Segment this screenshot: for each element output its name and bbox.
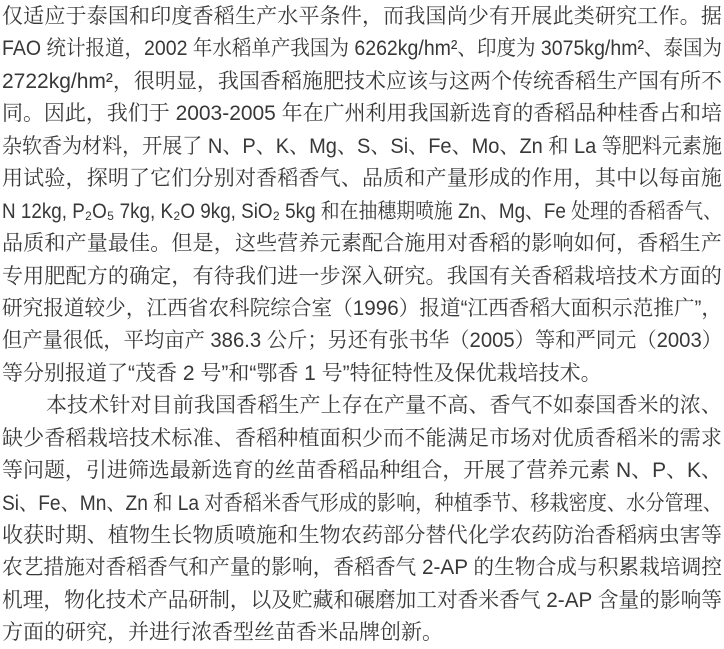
text-line-content: 收获时期、植物生长物质喷施和生物农药部分替代化学农药防治香稻病虫害等: [2, 520, 722, 552]
text-line-content: Si、Fe、Mn、Zn 和 La 对香稻米香气形成的影响，种植季节、移栽密度、水…: [2, 488, 722, 520]
text-line: 缺少香稻栽培技术标准、香稻种植面积少而不能满足市场对优质香稻米的需求: [2, 423, 722, 455]
text-line-content: N 12kg, P₂O₅ 7kg, K₂O 9kg, SiO₂ 5kg 和在抽穗…: [2, 196, 722, 228]
text-line-content: 方面的研究，并进行浓香型丝苗香米品牌创新。: [2, 617, 443, 649]
text-line: 等分别报道了“茂香 2 号”和“鄂香 1 号”特征特性及保优栽培技术。: [2, 358, 722, 390]
text-line: 杂软香为材料，开展了 N、P、K、Mg、S、Si、Fe、Mo、Zn 和 La 等…: [2, 131, 722, 163]
text-line: 农艺措施对香稻香气和产量的影响，香稻香气 2-AP 的生物合成与积累栽培调控: [2, 552, 722, 584]
text-line-content: 2722kg/hm²，很明显，我国香稻施肥技术应该与这两个传统香稻生产国有所不: [2, 66, 722, 98]
text-line-content: 研究报道较少，江西省农科院综合室（1996）报道“江西香稻大面积示范推广”，: [2, 293, 722, 325]
paragraph: 仅适应于泰国和印度香稻生产水平条件，而我国尚少有开展此类研究工作。据FAO 统计…: [2, 1, 722, 390]
text-line: 方面的研究，并进行浓香型丝苗香米品牌创新。: [2, 617, 722, 649]
text-line-content: 用试验，探明了它们分别对香稻香气、品质和产量形成的作用，其中以每亩施: [2, 163, 722, 195]
text-line-content: 缺少香稻栽培技术标准、香稻种植面积少而不能满足市场对优质香稻米的需求: [2, 423, 722, 455]
text-line-content: 但产量很低，平均亩产 386.3 公斤；另还有张书华（2005）等和严同元（20…: [2, 325, 722, 357]
text-line-content: 本技术针对目前我国香稻生产上存在产量不高、香气不如泰国香米的浓、: [46, 390, 722, 422]
text-line: 收获时期、植物生长物质喷施和生物农药部分替代化学农药防治香稻病虫害等: [2, 520, 722, 552]
text-line: 本技术针对目前我国香稻生产上存在产量不高、香气不如泰国香米的浓、: [2, 390, 722, 422]
text-line: FAO 统计报道，2002 年水稻单产我国为 6262kg/hm²、印度为 30…: [2, 33, 722, 65]
text-line: N 12kg, P₂O₅ 7kg, K₂O 9kg, SiO₂ 5kg 和在抽穗…: [2, 196, 722, 228]
text-line: 2722kg/hm²，很明显，我国香稻施肥技术应该与这两个传统香稻生产国有所不: [2, 66, 722, 98]
text-line-content: 品质和产量最佳。但是，这些营养元素配合施用对香稻的影响如何，香稻生产: [2, 228, 722, 260]
text-line: 研究报道较少，江西省农科院综合室（1996）报道“江西香稻大面积示范推广”，: [2, 293, 722, 325]
document-body: 仅适应于泰国和印度香稻生产水平条件，而我国尚少有开展此类研究工作。据FAO 统计…: [2, 1, 722, 649]
text-line-content: 同。因此，我们于 2003-2005 年在广州利用我国新选育的香稻品种桂香占和培: [2, 98, 722, 130]
text-line: 专用肥配方的确定，有待我们进一步深入研究。我国有关香稻栽培技术方面的: [2, 261, 722, 293]
text-line-content: 等问题，引进筛选最新选育的丝苗香稻品种组合，开展了营养元素 N、P、K、: [2, 455, 722, 487]
text-line: 品质和产量最佳。但是，这些营养元素配合施用对香稻的影响如何，香稻生产: [2, 228, 722, 260]
paragraph: 本技术针对目前我国香稻生产上存在产量不高、香气不如泰国香米的浓、缺少香稻栽培技术…: [2, 390, 722, 649]
text-line: Si、Fe、Mn、Zn 和 La 对香稻米香气形成的影响，种植季节、移栽密度、水…: [2, 488, 722, 520]
text-line: 同。因此，我们于 2003-2005 年在广州利用我国新选育的香稻品种桂香占和培: [2, 98, 722, 130]
text-line-content: 机理，物化技术产品研制，以及贮藏和碾磨加工对香米香气 2-AP 含量的影响等: [2, 585, 722, 617]
text-line-content: 杂软香为材料，开展了 N、P、K、Mg、S、Si、Fe、Mo、Zn 和 La 等…: [2, 131, 722, 163]
text-line: 等问题，引进筛选最新选育的丝苗香稻品种组合，开展了营养元素 N、P、K、: [2, 455, 722, 487]
text-line: 但产量很低，平均亩产 386.3 公斤；另还有张书华（2005）等和严同元（20…: [2, 325, 722, 357]
text-line-content: 专用肥配方的确定，有待我们进一步深入研究。我国有关香稻栽培技术方面的: [2, 261, 722, 293]
text-line-content: 农艺措施对香稻香气和产量的影响，香稻香气 2-AP 的生物合成与积累栽培调控: [2, 552, 722, 584]
text-line-content: FAO 统计报道，2002 年水稻单产我国为 6262kg/hm²、印度为 30…: [2, 33, 722, 65]
text-line-content: 等分别报道了“茂香 2 号”和“鄂香 1 号”特征特性及保优栽培技术。: [2, 358, 602, 390]
text-line: 用试验，探明了它们分别对香稻香气、品质和产量形成的作用，其中以每亩施: [2, 163, 722, 195]
text-line: 机理，物化技术产品研制，以及贮藏和碾磨加工对香米香气 2-AP 含量的影响等: [2, 585, 722, 617]
text-line: 仅适应于泰国和印度香稻生产水平条件，而我国尚少有开展此类研究工作。据: [2, 1, 722, 33]
document-page: 仅适应于泰国和印度香稻生产水平条件，而我国尚少有开展此类研究工作。据FAO 统计…: [0, 0, 724, 649]
text-line-content: 仅适应于泰国和印度香稻生产水平条件，而我国尚少有开展此类研究工作。据: [2, 1, 722, 33]
